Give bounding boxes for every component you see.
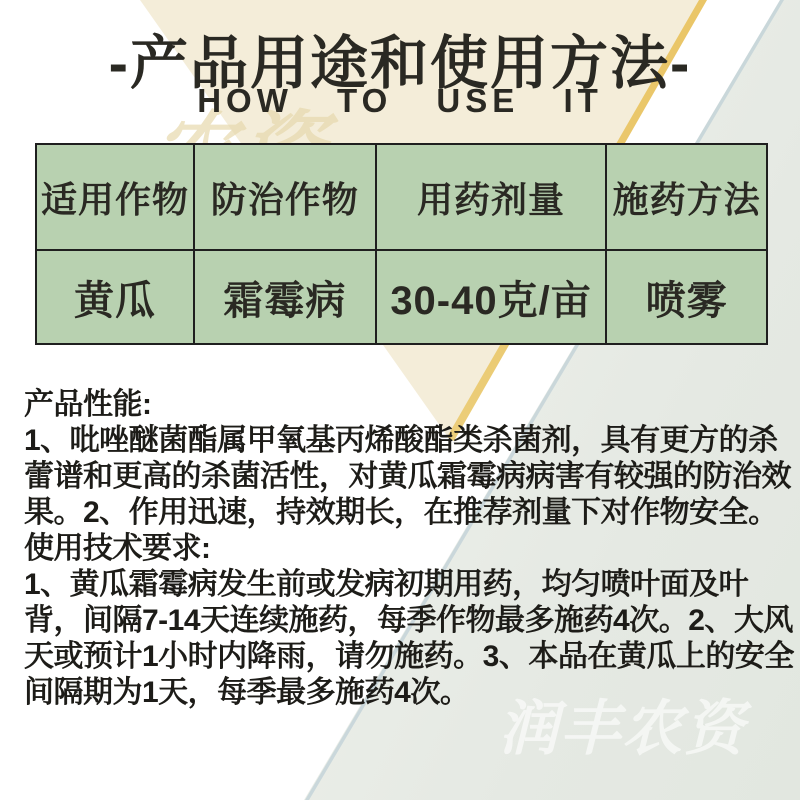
cell-method: 喷雾 — [606, 250, 767, 344]
table-row: 黄瓜 霜霉病 30-40克/亩 喷雾 — [36, 250, 767, 344]
cell-dosage: 30-40克/亩 — [376, 250, 606, 344]
body-line: 天或预计1小时内降雨，请勿施药。3、本品在黄瓜上的安全 — [24, 639, 800, 675]
cell-crop: 黄瓜 — [36, 250, 194, 344]
header-cell-application-method: 施药方法 — [606, 144, 767, 250]
usage-requirements-heading: 使用技术要求: — [24, 531, 800, 567]
body-line: 1、黄瓜霜霉病发生前或发病初期用药，均匀喷叶面及叶 — [24, 567, 800, 603]
performance-heading: 产品性能: — [24, 387, 800, 423]
body-text-section: 产品性能: 1、吡唑醚菌酯属甲氧基丙烯酸酯类杀菌剂，具有更方的杀 蕾谱和更高的杀… — [24, 387, 800, 711]
header-cell-control-target: 防治作物 — [194, 144, 376, 250]
header-cell-dosage: 用药剂量 — [376, 144, 606, 250]
body-line: 蕾谱和更高的杀菌活性，对黄瓜霜霉病病害有较强的防治效 — [24, 459, 800, 495]
table-header-row: 适用作物 防治作物 用药剂量 施药方法 — [36, 144, 767, 250]
product-label-page: 农资 -产品用途和使用方法- HOW TO USE IT 适用作物 防治作物 用… — [0, 0, 800, 800]
body-line: 背，间隔7-14天连续施药，每季作物最多施药4次。2、大风 — [24, 603, 800, 639]
cell-disease: 霜霉病 — [194, 250, 376, 344]
page-subtitle: HOW TO USE IT — [0, 82, 800, 120]
body-line: 1、吡唑醚菌酯属甲氧基丙烯酸酯类杀菌剂，具有更方的杀 — [24, 423, 800, 459]
body-line: 果。2、作用迅速，持效期长，在推荐剂量下对作物安全。 — [24, 495, 800, 531]
brand-watermark: 润丰农资 — [498, 681, 746, 767]
header-cell-applicable-crop: 适用作物 — [36, 144, 194, 250]
usage-table: 适用作物 防治作物 用药剂量 施药方法 黄瓜 霜霉病 30-40克/亩 喷雾 — [35, 143, 768, 345]
